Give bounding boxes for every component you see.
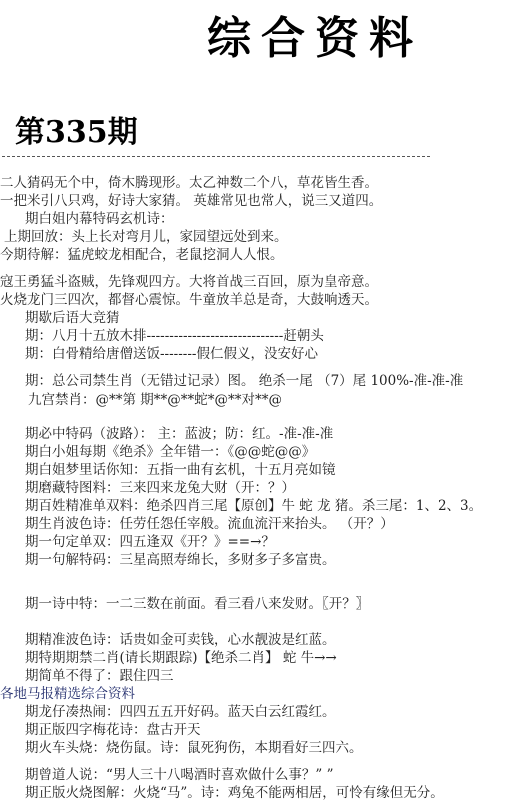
text-line: 上期回放：头上长对弯月儿，家园望远处到来。 xyxy=(4,229,288,245)
text-line: 期白姐内幕特码玄机诗： xyxy=(25,211,174,227)
text-line: 期生肖波色诗：任劳任怨任宰般。流血流汗来抬头。 （开？） xyxy=(25,516,394,532)
section-text-line: 期龙仔凑热闹：四四五五开好码。蓝天白云红霞红。 xyxy=(25,704,336,720)
text-line: 期白姐梦里话你知：五指一曲有玄机，十五月亮如镜 xyxy=(25,462,336,478)
section-text-line: 期正版四字梅花诗：盘古开天 xyxy=(25,722,201,738)
section-heading: 各地马报精选综合资料 xyxy=(0,686,135,702)
issue-number: 第335期 xyxy=(15,115,138,151)
section-text-line: 期曾道人说：“男人三十八喝酒时喜欢做什么事？” ” xyxy=(25,767,334,783)
text-line: 期精准波色诗：话贵如金可卖钱，心水靓波是红蓝。 xyxy=(25,632,336,648)
text-line: 期一诗中特：一二三数在前面。看三看八来发财。〖开？〗 xyxy=(25,596,369,612)
section-text-line: 期正版火烧图解：火烧“马”。诗：鸡兔不能两相居，可怜有缘但无分。 xyxy=(25,785,444,800)
text-line: 二人猜码无个中，倚木腾现形。太乙神数二个八，草花皆生香。 xyxy=(0,175,378,191)
text-line: 火烧龙门三四次，都督心震惊。牛童放羊总是奇，大鼓响透天。 xyxy=(0,292,378,308)
text-line: 九宫禁肖：@**第 期**@**蛇*@**对**@ xyxy=(28,392,282,408)
text-line: 期百姓精准单双料：绝杀四肖三尾【原创】牛 蛇 龙 猪。杀三尾：1、2、3。 xyxy=(25,498,482,514)
text-line: 期：白骨精给唐僧送饭--------假仁假义，没安好心 xyxy=(25,346,318,362)
text-line: 期一句解特码：三星高照寿绵长，多财多子多富贵。 xyxy=(25,552,336,568)
dashed-divider xyxy=(2,156,430,157)
text-line: 期磨藏特图料：三来四来龙兔大财（开：？） xyxy=(25,480,295,496)
text-line: 期：八月十五放木排------------------------------赶… xyxy=(25,328,324,344)
text-line: 今期待解：猛虎蛟龙相配合，老鼠挖洞人人恨。 xyxy=(0,247,284,263)
text-line: 期歇后语大竞猜 xyxy=(25,310,120,326)
text-line: 期白小姐每期《绝杀》全年错一：《@@蛇@@》 xyxy=(25,444,315,460)
text-line: 期：总公司禁生肖（无错过记录）图。 绝杀一尾 （7）尾 100%-准-准-准 xyxy=(25,373,463,389)
document-title: 综合资料 xyxy=(207,12,423,66)
text-line: 期必中特码（波路）： 主：蓝波；防：红。-准-准-准 xyxy=(25,426,333,442)
text-line: 期一句定单双：四五逢双《开？》==→？ xyxy=(25,534,275,550)
text-line: 一把米引八只鸡，好诗大家猜。 英雄常见也常人，说三又道四。 xyxy=(0,193,382,209)
text-line: 寇王勇猛斗盗贼，先锋观四方。大将首战三百回，原为皇帝意。 xyxy=(0,274,378,290)
text-line: 期特期期禁二肖(请长期跟踪)【绝杀二肖】 蛇 牛→→ xyxy=(25,650,337,666)
text-line: 期简单不得了：跟住四三 xyxy=(25,668,174,684)
section-text-line: 期火车头烧：烧伤鼠。诗：鼠死狗伤，本期看好三四六。 xyxy=(25,740,363,756)
